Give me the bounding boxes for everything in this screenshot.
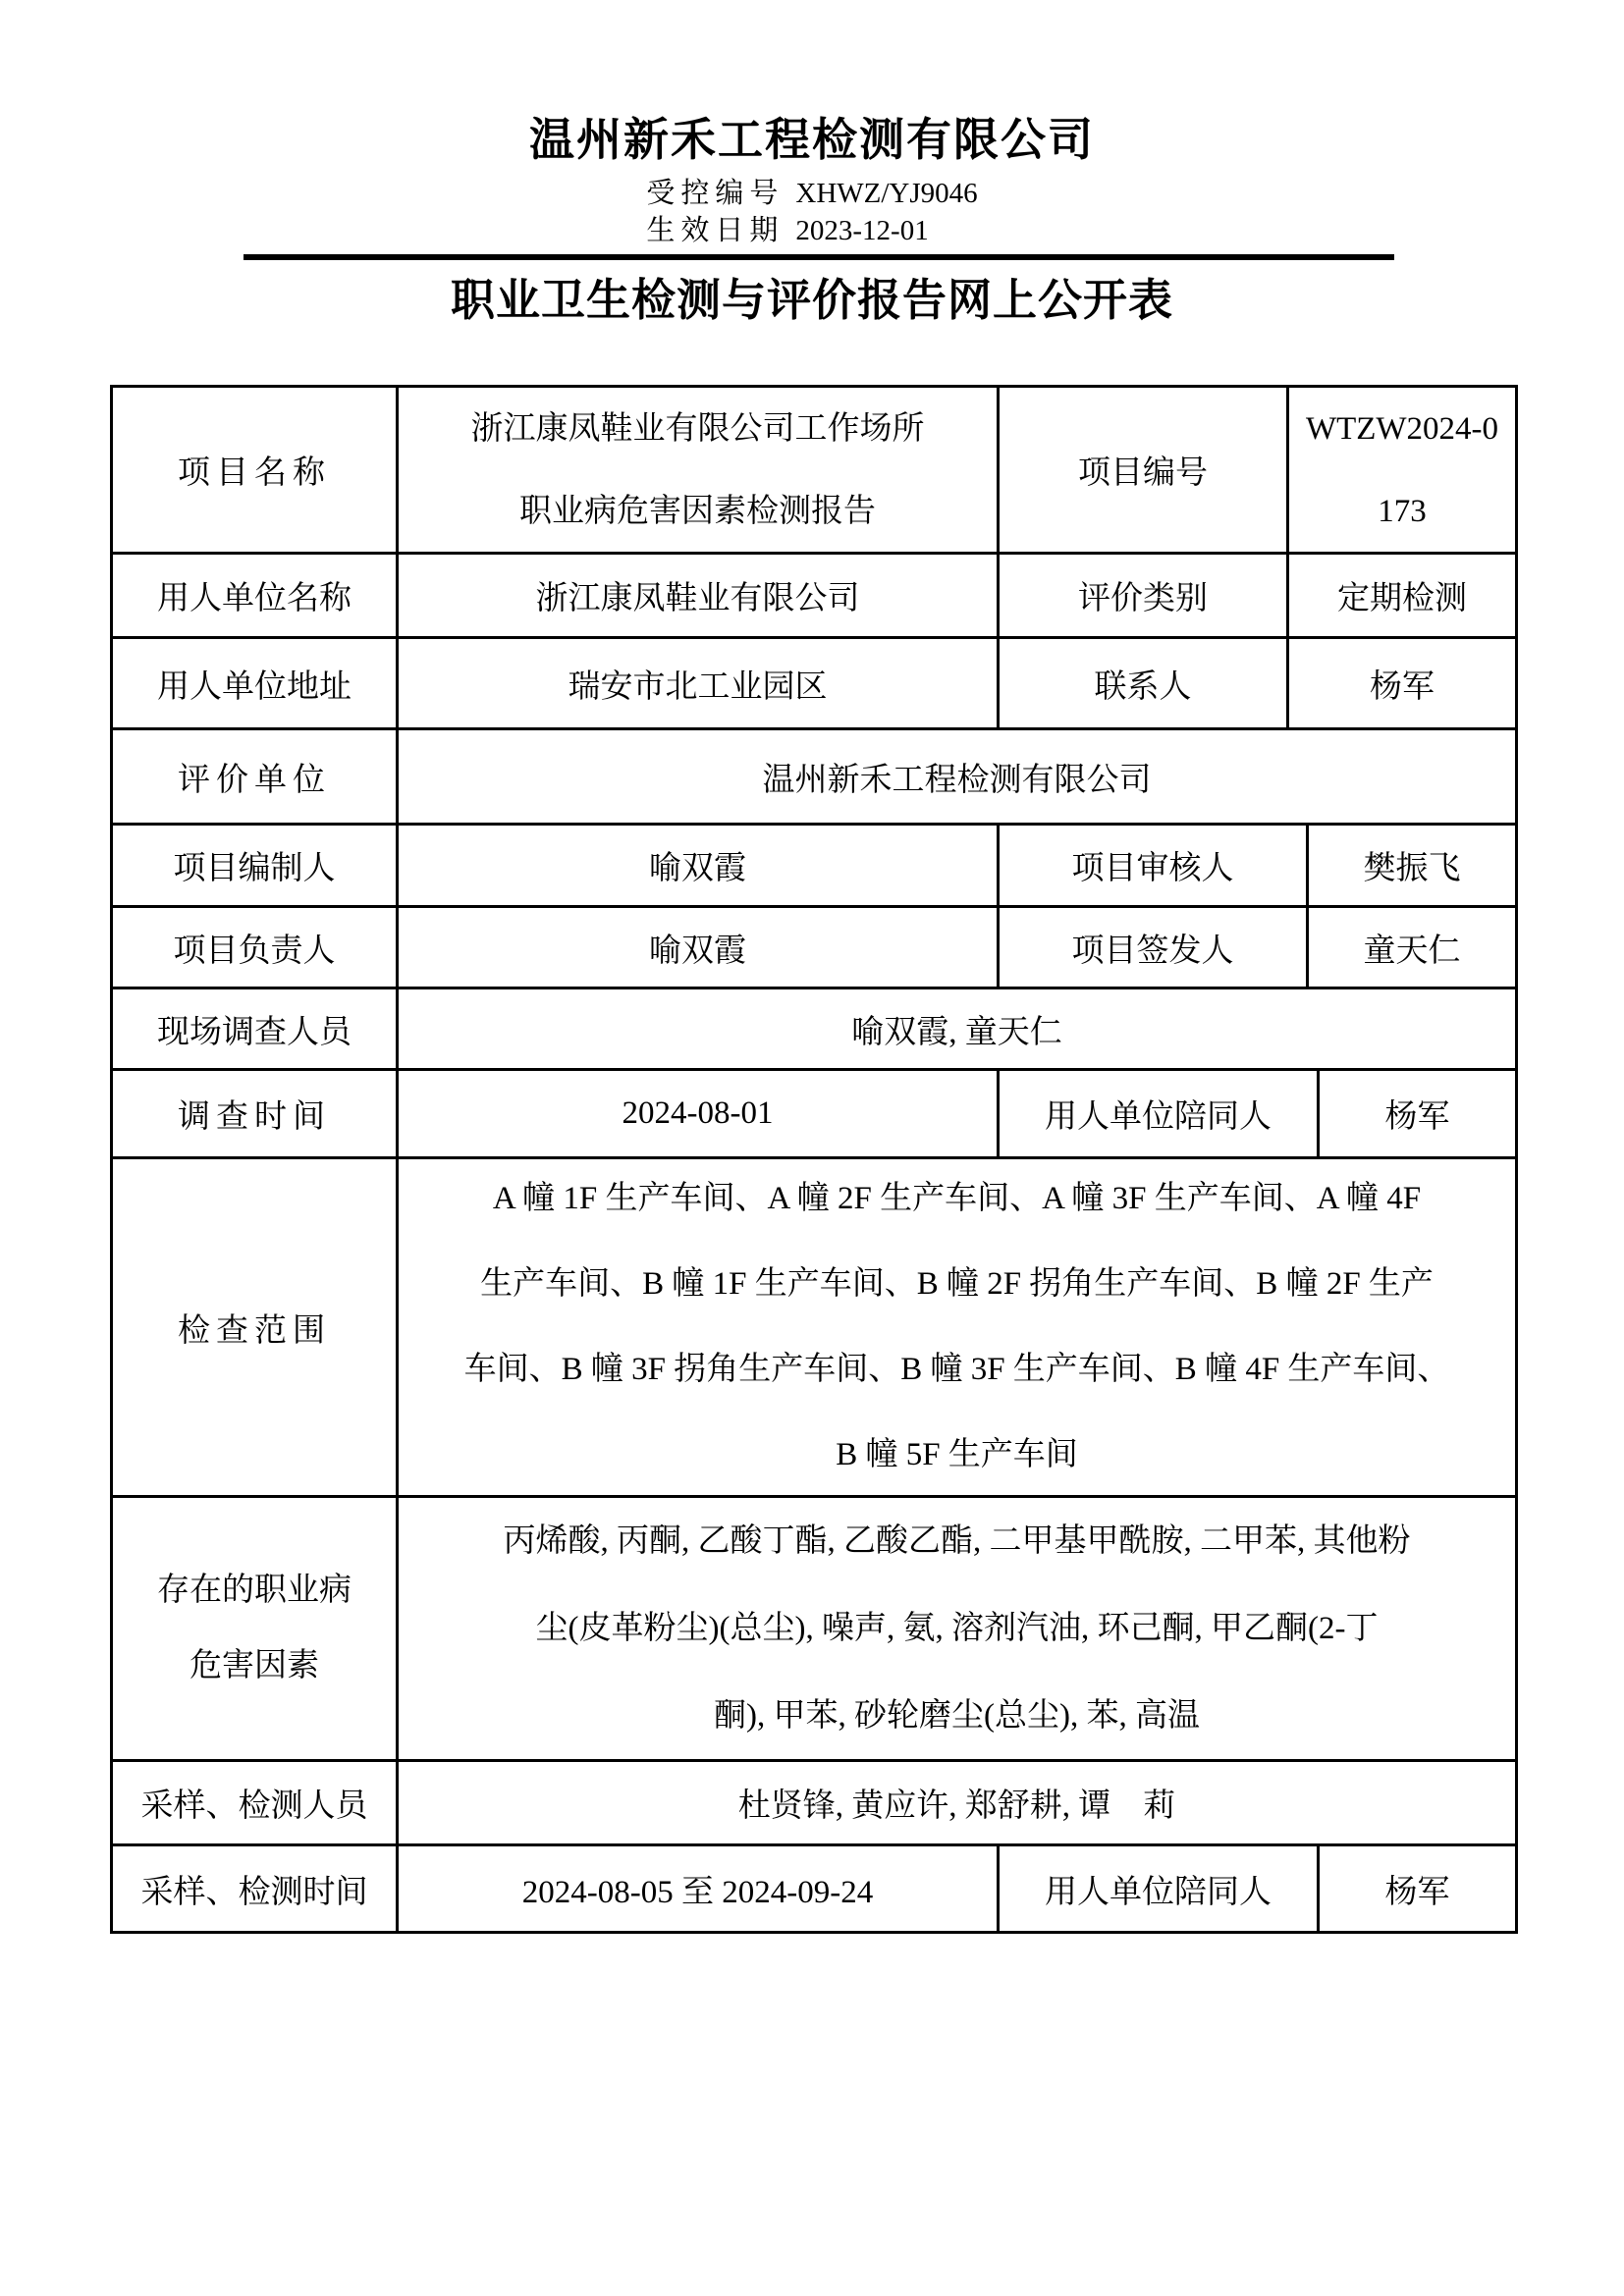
control-info-block: 受控编号XHWZ/YJ9046 生效日期2023-12-01: [646, 175, 977, 249]
row-survey-time: 调查时间 2024-08-01 用人单位陪同人 杨军: [113, 1071, 1515, 1159]
compiler-label: 项目编制人: [113, 826, 399, 905]
samplers-value: 杜贤锋, 黄应许, 郑舒耕, 谭 莉: [399, 1762, 1515, 1843]
inspection-scope-label: 检查范围: [113, 1159, 399, 1495]
project-name-label: 项目名称: [113, 388, 399, 552]
survey-time-label: 调查时间: [113, 1071, 399, 1156]
evaluation-category-value: 定期检测: [1289, 555, 1515, 636]
effective-date-label: 生效日期: [646, 215, 784, 246]
control-number-line: 受控编号XHWZ/YJ9046: [646, 175, 977, 212]
row-leader: 项目负责人 喻双霞 项目签发人 童天仁: [113, 908, 1515, 989]
evaluator-label: 评价单位: [113, 730, 399, 823]
hazard-factors-label: 存在的职业病危害因素: [113, 1498, 399, 1759]
sampling-accompany-label: 用人单位陪同人: [1000, 1846, 1320, 1931]
reviewer-label: 项目审核人: [1000, 826, 1309, 905]
control-number-label: 受控编号: [646, 178, 784, 209]
employer-address-value: 瑞安市北工业园区: [399, 639, 1000, 727]
reviewer-value: 樊振飞: [1309, 826, 1515, 905]
survey-accompany-label: 用人单位陪同人: [1000, 1071, 1320, 1156]
sampling-time-value: 2024-08-05 至 2024-09-24: [399, 1846, 1000, 1931]
project-name-value: 浙江康凤鞋业有限公司工作场所职业病危害因素检测报告: [399, 388, 1000, 552]
employer-address-label: 用人单位地址: [113, 639, 399, 727]
row-employer-address: 用人单位地址 瑞安市北工业园区 联系人 杨军: [113, 639, 1515, 730]
sampling-accompany-value: 杨军: [1320, 1846, 1515, 1931]
survey-accompany-value: 杨军: [1320, 1071, 1515, 1156]
project-code-label: 项目编号: [1000, 388, 1289, 552]
row-hazard-factors: 存在的职业病危害因素 丙烯酸, 丙酮, 乙酸丁酯, 乙酸乙酯, 二甲基甲酰胺, …: [113, 1498, 1515, 1762]
inspection-scope-value: A 幢 1F 生产车间、A 幢 2F 生产车间、A 幢 3F 生产车间、A 幢 …: [399, 1159, 1515, 1495]
employer-name-value: 浙江康凤鞋业有限公司: [399, 555, 1000, 636]
row-compiler: 项目编制人 喻双霞 项目审核人 樊振飞: [113, 826, 1515, 908]
sampling-time-label: 采样、检测时间: [113, 1846, 399, 1931]
evaluator-value: 温州新禾工程检测有限公司: [399, 730, 1515, 823]
row-inspection-scope: 检查范围 A 幢 1F 生产车间、A 幢 2F 生产车间、A 幢 3F 生产车间…: [113, 1159, 1515, 1498]
control-number-value: XHWZ/YJ9046: [795, 178, 977, 209]
page-title: 职业卫生检测与评价报告网上公开表: [0, 278, 1624, 323]
investigators-value: 喻双霞, 童天仁: [399, 989, 1515, 1068]
contact-label: 联系人: [1000, 639, 1289, 727]
employer-name-label: 用人单位名称: [113, 555, 399, 636]
leader-label: 项目负责人: [113, 908, 399, 987]
contact-value: 杨军: [1289, 639, 1515, 727]
evaluation-category-label: 评价类别: [1000, 555, 1289, 636]
issuer-value: 童天仁: [1309, 908, 1515, 987]
issuer-label: 项目签发人: [1000, 908, 1309, 987]
leader-value: 喻双霞: [399, 908, 1000, 987]
row-project-name: 项目名称 浙江康凤鞋业有限公司工作场所职业病危害因素检测报告 项目编号 WTZW…: [113, 388, 1515, 555]
compiler-value: 喻双霞: [399, 826, 1000, 905]
project-code-value: WTZW2024-0173: [1289, 388, 1515, 552]
row-sampling-time: 采样、检测时间 2024-08-05 至 2024-09-24 用人单位陪同人 …: [113, 1846, 1515, 1931]
hazard-factors-value: 丙烯酸, 丙酮, 乙酸丁酯, 乙酸乙酯, 二甲基甲酰胺, 二甲苯, 其他粉尘(皮…: [399, 1498, 1515, 1759]
row-employer-name: 用人单位名称 浙江康凤鞋业有限公司 评价类别 定期检测: [113, 555, 1515, 639]
survey-time-value: 2024-08-01: [399, 1071, 1000, 1156]
row-evaluator: 评价单位 温州新禾工程检测有限公司: [113, 730, 1515, 826]
row-samplers: 采样、检测人员 杜贤锋, 黄应许, 郑舒耕, 谭 莉: [113, 1762, 1515, 1846]
document-header: 温州新禾工程检测有限公司 受控编号XHWZ/YJ9046 生效日期2023-12…: [0, 0, 1624, 323]
row-investigators: 现场调查人员 喻双霞, 童天仁: [113, 989, 1515, 1071]
effective-date-line: 生效日期2023-12-01: [646, 212, 977, 249]
info-table: 项目名称 浙江康凤鞋业有限公司工作场所职业病危害因素检测报告 项目编号 WTZW…: [110, 385, 1518, 1934]
effective-date-value: 2023-12-01: [795, 215, 928, 246]
samplers-label: 采样、检测人员: [113, 1762, 399, 1843]
investigators-label: 现场调查人员: [113, 989, 399, 1068]
company-title: 温州新禾工程检测有限公司: [0, 116, 1624, 165]
header-divider-rule: [244, 254, 1394, 260]
document-page: 温州新禾工程检测有限公司 受控编号XHWZ/YJ9046 生效日期2023-12…: [0, 0, 1624, 2296]
